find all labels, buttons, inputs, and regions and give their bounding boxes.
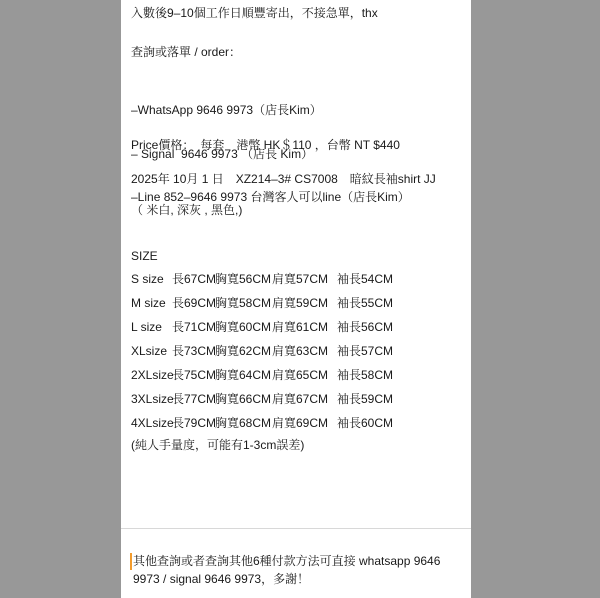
size-sleeve: 袖長59CM [337, 392, 467, 406]
size-row: 4XLsize 長79CM 胸寬68CM 肩寬69CM 袖長60CM [131, 416, 467, 440]
size-sleeve: 袖長55CM [337, 296, 467, 310]
price-line: Price價格： 每套 港幣 HK＄110 ，台幣 NT $440 [131, 138, 466, 152]
size-length: 長71CM [172, 320, 215, 334]
size-chest: 胸寬64CM [215, 368, 272, 382]
size-sleeve: 袖長58CM [337, 368, 467, 382]
size-shoulder: 肩寬65CM [272, 368, 337, 382]
size-length: 長77CM [172, 392, 215, 406]
size-length: 長73CM [172, 344, 215, 358]
size-chest: 胸寬68CM [215, 416, 272, 430]
size-label: S size [131, 272, 172, 286]
size-row: S size 長67CM 胸寬56CM 肩寬57CM 袖長54CM [131, 272, 467, 296]
size-label: 2XLsize [131, 368, 172, 382]
measure-note-line: (純人手量度，可能有1-3cm誤差) [131, 438, 466, 452]
size-row: 2XLsize 長75CM 胸寬64CM 肩寬65CM 袖長58CM [131, 368, 467, 392]
text-caret [130, 553, 132, 570]
size-sleeve: 袖長60CM [337, 416, 467, 430]
size-row: M size 長69CM 胸寬58CM 肩寬59CM 袖長55CM [131, 296, 467, 320]
size-chest: 胸寬58CM [215, 296, 272, 310]
size-label: 3XLsize [131, 392, 172, 406]
size-length: 長69CM [172, 296, 215, 310]
size-table: S size 長67CM 胸寬56CM 肩寬57CM 袖長54CM M size… [131, 272, 467, 440]
size-label: 4XLsize [131, 416, 172, 430]
size-length: 長79CM [172, 416, 215, 430]
size-shoulder: 肩寬67CM [272, 392, 337, 406]
size-row: L size 長71CM 胸寬60CM 肩寬61CM 袖長56CM [131, 320, 467, 344]
size-shoulder: 肩寬59CM [272, 296, 337, 310]
document-page-1[interactable]: 入數後9–10個工作日順豐寄出，不接急單，thx 查詢或落單 / order： … [121, 0, 471, 528]
size-sleeve: 袖長57CM [337, 344, 467, 358]
size-shoulder: 肩寬69CM [272, 416, 337, 430]
size-sleeve: 袖長54CM [337, 272, 467, 286]
size-length: 長75CM [172, 368, 215, 382]
size-label: M size [131, 296, 172, 310]
size-chest: 胸寬60CM [215, 320, 272, 334]
size-row: 3XLsize 長77CM 胸寬66CM 肩寬67CM 袖長59CM [131, 392, 467, 416]
footer-note-line: 其他查詢或者查詢其他6種付款方法可直接 whatsapp 9646 9973 /… [133, 552, 463, 588]
size-label: XLsize [131, 344, 172, 358]
size-chest: 胸寬56CM [215, 272, 272, 286]
order-heading-line: 查詢或落單 / order： [131, 45, 466, 59]
size-heading: SIZE [131, 249, 466, 263]
colors-line: （ 米白, 深灰 , 黑色,) [131, 203, 466, 217]
size-row: XLsize 長73CM 胸寬62CM 肩寬63CM 袖長57CM [131, 344, 467, 368]
size-shoulder: 肩寬61CM [272, 320, 337, 334]
document-paper: 入數後9–10個工作日順豐寄出，不接急單，thx 查詢或落單 / order： … [121, 0, 471, 598]
size-length: 長67CM [172, 272, 215, 286]
size-shoulder: 肩寬63CM [272, 344, 337, 358]
contact-whatsapp-line: –WhatsApp 9646 9973（店長Kim） [131, 103, 466, 118]
size-sleeve: 袖長56CM [337, 320, 467, 334]
size-label: L size [131, 320, 172, 334]
size-chest: 胸寬66CM [215, 392, 272, 406]
shipping-note-line: 入數後9–10個工作日順豐寄出，不接急單，thx [131, 6, 466, 20]
size-shoulder: 肩寬57CM [272, 272, 337, 286]
desktop-background: { "app": { "background_color": "#989898"… [0, 0, 600, 598]
size-chest: 胸寬62CM [215, 344, 272, 358]
date-product-line: 2025年 10月 1 日 XZ214–3# CS7008 暗紋長袖shirt … [131, 172, 466, 186]
document-page-2[interactable]: 其他查詢或者查詢其他6種付款方法可直接 whatsapp 9646 9973 /… [121, 529, 471, 598]
